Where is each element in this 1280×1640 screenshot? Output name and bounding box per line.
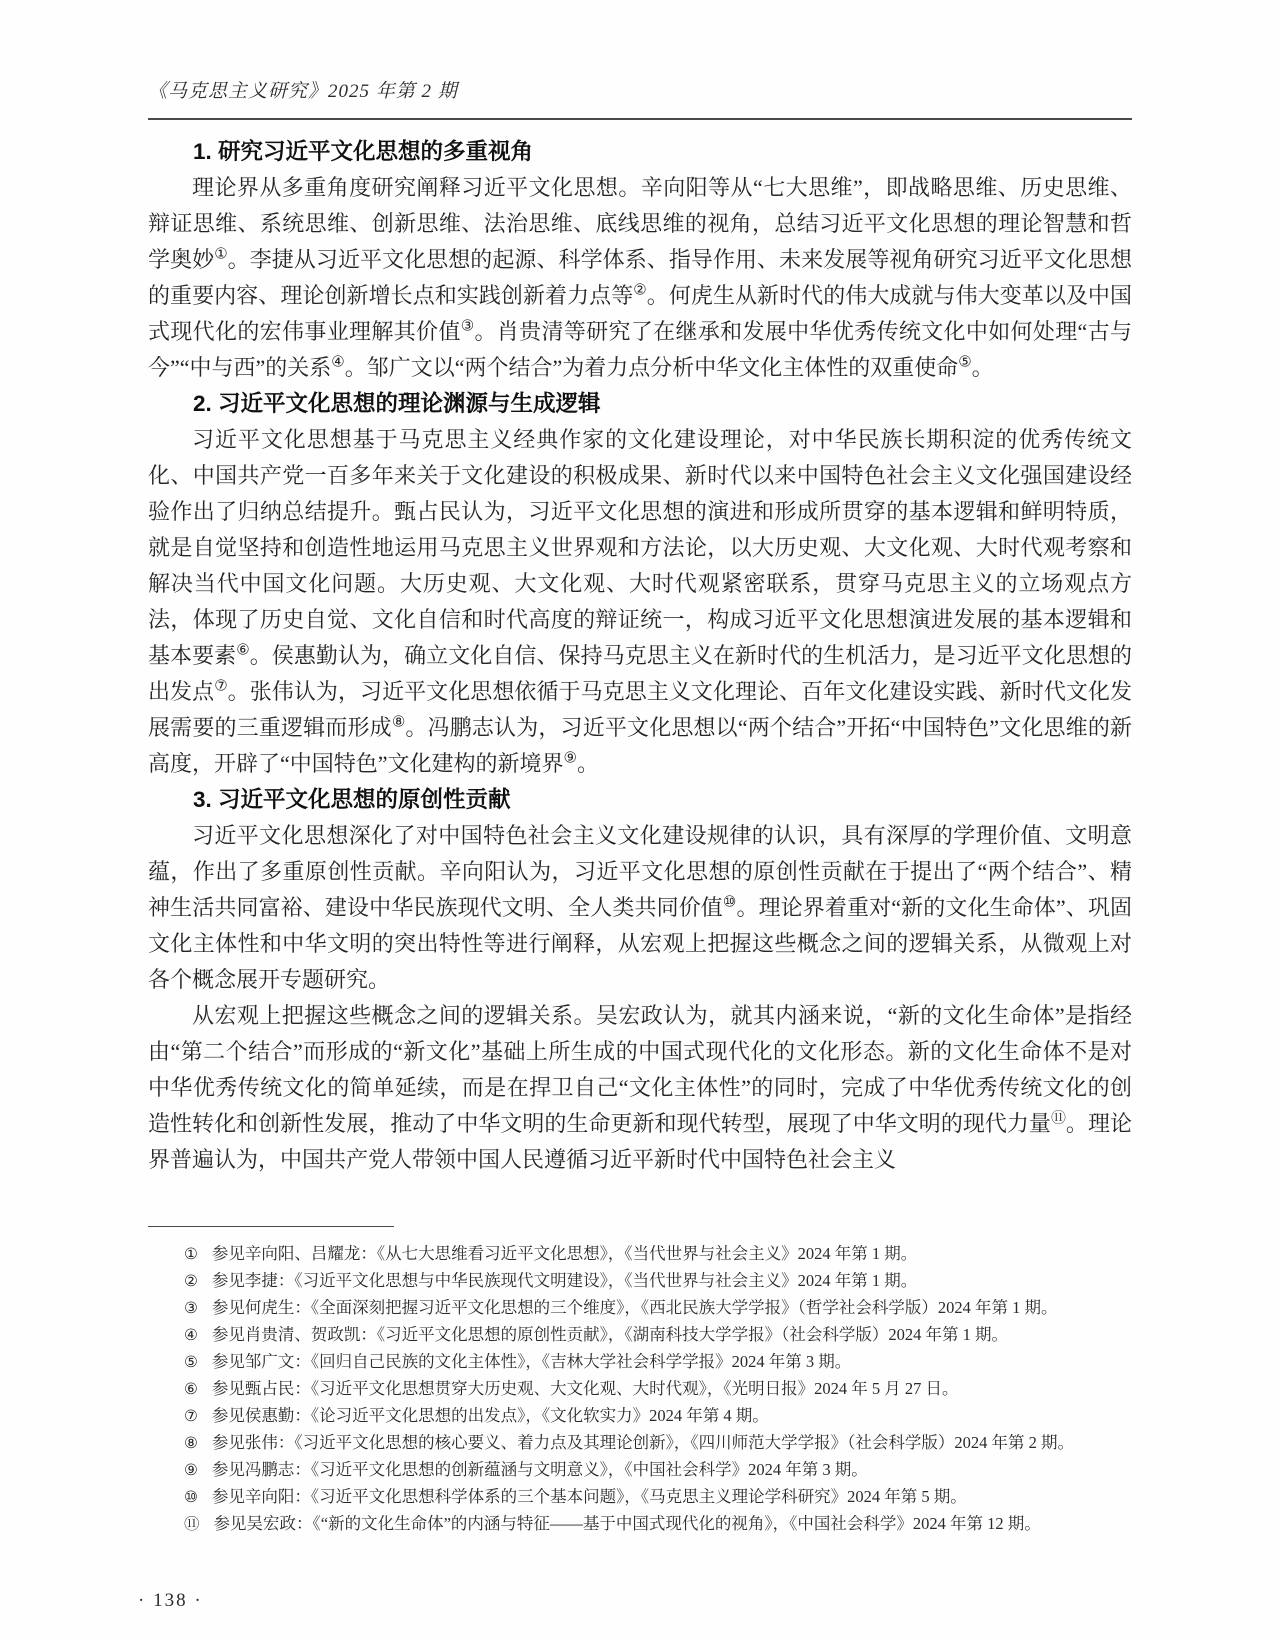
footnote-marker: ⑪: [184, 1512, 200, 1538]
footnote: ⑪参见吴宏政：《“新的文化生命体”的内涵与特征——基于中国式现代化的视角》，《中…: [148, 1511, 1132, 1538]
footnote-marker: ⑤: [184, 1350, 198, 1376]
footnote: ⑧参见张伟：《习近平文化思想的核心要义、着力点及其理论创新》，《四川师范大学学报…: [148, 1430, 1132, 1457]
paragraph-section3-b: 从宏观上把握这些概念之间的逻辑关系。吴宏政认为，就其内涵来说，“新的文化生命体”…: [148, 998, 1132, 1178]
footnote-text: 参见冯鹏志：《习近平文化思想的创新蕴涵与文明意义》，《中国社会科学》2024 年…: [212, 1460, 868, 1479]
footnote-marker: ⑨: [184, 1458, 198, 1484]
paragraph-section2: 习近平文化思想基于马克思主义经典作家的文化建设理论，对中华民族长期积淀的优秀传统…: [148, 422, 1132, 782]
page-number: · 138 ·: [138, 1590, 203, 1612]
footnote: ⑦参见侯惠勤：《论习近平文化思想的出发点》，《文化软实力》2024 年第 4 期…: [148, 1403, 1132, 1430]
footnote-text: 参见甄占民：《习近平文化思想贯穿大历史观、大文化观、大时代观》，《光明日报》20…: [212, 1379, 959, 1398]
footnote: ①参见辛向阳、吕耀龙：《从七大思维看习近平文化思想》，《当代世界与社会主义》20…: [148, 1241, 1132, 1268]
footnote-marker: ⑩: [184, 1485, 198, 1511]
footnote-marker: ⑧: [184, 1431, 198, 1457]
footnote-text: 参见吴宏政：《“新的文化生命体”的内涵与特征——基于中国式现代化的视角》，《中国…: [214, 1514, 1041, 1533]
paragraph-section3-a: 习近平文化思想深化了对中国特色社会主义文化建设规律的认识，具有深厚的学理价值、文…: [148, 818, 1132, 998]
footnote-marker: ⑦: [184, 1404, 198, 1430]
section-heading-2: 2. 习近平文化思想的理论渊源与生成逻辑: [148, 386, 1132, 422]
page-header: 《马克思主义研究》2025 年第 2 期: [148, 80, 1132, 120]
footnote: ④参见肖贵清、贺政凯：《习近平文化思想的原创性贡献》，《湖南科技大学学报》（社会…: [148, 1322, 1132, 1349]
footnote-text: 参见何虎生：《全面深刻把握习近平文化思想的三个维度》，《西北民族大学学报》（哲学…: [212, 1298, 1058, 1317]
section-heading-3: 3. 习近平文化思想的原创性贡献: [148, 782, 1132, 818]
section-heading-1: 1. 研究习近平文化思想的多重视角: [148, 134, 1132, 170]
footnote-text: 参见辛向阳、吕耀龙：《从七大思维看习近平文化思想》，《当代世界与社会主义》202…: [212, 1244, 917, 1263]
footnote-text: 参见李捷：《习近平文化思想与中华民族现代文明建设》，《当代世界与社会主义》202…: [212, 1271, 917, 1290]
footnote-text: 参见辛向阳：《习近平文化思想科学体系的三个基本问题》，《马克思主义理论学科研究》…: [212, 1487, 967, 1506]
footnote: ⑩参见辛向阳：《习近平文化思想科学体系的三个基本问题》，《马克思主义理论学科研究…: [148, 1484, 1132, 1511]
journal-running-head: 《马克思主义研究》2025 年第 2 期: [148, 80, 1132, 104]
footnote-divider-rule: [148, 1226, 394, 1227]
footnote-text: 参见张伟：《习近平文化思想的核心要义、着力点及其理论创新》，《四川师范大学学报》…: [212, 1433, 1074, 1452]
footnote: ⑨参见冯鹏志：《习近平文化思想的创新蕴涵与文明意义》，《中国社会科学》2024 …: [148, 1457, 1132, 1484]
footnote: ⑤参见邹广文：《回归自己民族的文化主体性》，《吉林大学社会科学学报》2024 年…: [148, 1349, 1132, 1376]
footnote-marker: ④: [184, 1323, 198, 1349]
footnote: ②参见李捷：《习近平文化思想与中华民族现代文明建设》，《当代世界与社会主义》20…: [148, 1268, 1132, 1295]
footnote-text: 参见肖贵清、贺政凯：《习近平文化思想的原创性贡献》，《湖南科技大学学报》（社会科…: [212, 1325, 1008, 1344]
paragraph-section1: 理论界从多重角度研究阐释习近平文化思想。辛向阳等从“七大思维”，即战略思维、历史…: [148, 170, 1132, 386]
footnotes-block: ①参见辛向阳、吕耀龙：《从七大思维看习近平文化思想》，《当代世界与社会主义》20…: [148, 1226, 1132, 1538]
footnote-list: ①参见辛向阳、吕耀龙：《从七大思维看习近平文化思想》，《当代世界与社会主义》20…: [148, 1241, 1132, 1538]
footnote-text: 参见侯惠勤：《论习近平文化思想的出发点》，《文化软实力》2024 年第 4 期。: [212, 1406, 769, 1425]
article-body: 1. 研究习近平文化思想的多重视角 理论界从多重角度研究阐释习近平文化思想。辛向…: [148, 134, 1132, 1178]
header-divider-rule: [148, 118, 1132, 120]
footnote: ⑥参见甄占民：《习近平文化思想贯穿大历史观、大文化观、大时代观》，《光明日报》2…: [148, 1376, 1132, 1403]
journal-page: 《马克思主义研究》2025 年第 2 期 1. 研究习近平文化思想的多重视角 理…: [0, 0, 1280, 1640]
footnote-marker: ②: [184, 1269, 198, 1295]
footnote-marker: ①: [184, 1242, 198, 1268]
footnote: ③参见何虎生：《全面深刻把握习近平文化思想的三个维度》，《西北民族大学学报》（哲…: [148, 1295, 1132, 1322]
footnote-text: 参见邹广文：《回归自己民族的文化主体性》，《吉林大学社会科学学报》2024 年第…: [212, 1352, 851, 1371]
footnote-marker: ⑥: [184, 1377, 198, 1403]
footnote-marker: ③: [184, 1296, 198, 1322]
